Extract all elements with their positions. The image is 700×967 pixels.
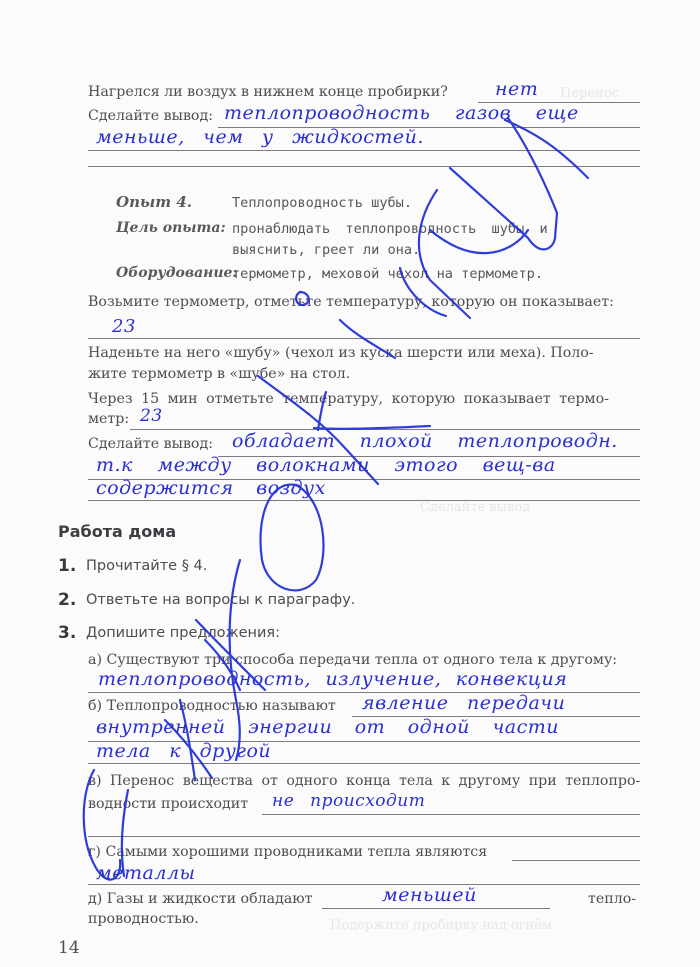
- answer-line: [88, 166, 640, 167]
- answer-line: [88, 150, 640, 151]
- answer-line: [88, 338, 640, 339]
- sentence-g: г) Самыми хорошими проводниками тепла яв…: [88, 844, 487, 860]
- question-text: Нагрелся ли воздух в нижнем конце пробир…: [88, 84, 448, 100]
- instruction-text: Наденьте на него «шубу» (чехол из куска …: [88, 345, 594, 361]
- instruction-text: Через 15 мин отметьте температуру, котор…: [88, 391, 609, 407]
- goal-text: пронаблюдать теплопроводность шубы и: [232, 221, 548, 237]
- equipment-text: термометр, меховой чехол на термометр.: [232, 266, 543, 282]
- item-number: 2.: [58, 590, 76, 610]
- handwritten-answer[interactable]: меньшей: [382, 884, 477, 906]
- handwritten-answer[interactable]: не происходит: [272, 791, 425, 811]
- item-number: 3.: [58, 623, 76, 643]
- goal-text: выяснить, греет ли она.: [232, 242, 420, 258]
- goal-label: Цель опыта:: [116, 220, 226, 236]
- answer-line: [512, 860, 640, 861]
- section-heading: Работа дома: [58, 522, 176, 541]
- handwritten-answer[interactable]: т.к между волокнами этого вещ-ва: [96, 454, 556, 476]
- bleed-through-text: Перенос: [560, 86, 619, 101]
- answer-line: [322, 908, 550, 909]
- homework-item: Допишите предложения:: [86, 625, 280, 641]
- experiment-title: Теплопроводность шубы.: [232, 195, 412, 211]
- handwritten-answer[interactable]: тела к другой: [96, 740, 271, 762]
- instruction-text: Возьмите термометр, отметьте температуру…: [88, 294, 614, 310]
- workbook-page: Перенос Сделайте вывод Подержите пробирк…: [0, 0, 700, 967]
- bleed-through-text: Подержите пробирку над огнём: [330, 918, 552, 933]
- bleed-through-text: Сделайте вывод: [420, 500, 530, 515]
- conclusion-label: Сделайте вывод:: [88, 436, 213, 452]
- handwritten-answer[interactable]: 23: [140, 406, 163, 426]
- handwritten-answer[interactable]: содержится воздух: [96, 477, 326, 499]
- handwritten-answer[interactable]: теплопроводность, излучение, конвекция: [98, 668, 567, 690]
- handwritten-answer[interactable]: меньше, чем у жидкостей.: [96, 126, 424, 148]
- instruction-text: метр:: [88, 411, 129, 427]
- sentence-v: водности происходит: [88, 796, 248, 812]
- homework-item: Прочитайте § 4.: [86, 558, 207, 574]
- answer-line: [88, 763, 640, 764]
- handwritten-answer[interactable]: внутренней энергии от одной части: [96, 716, 559, 738]
- sentence-v: в) Перенос вещества от одного конца тела…: [88, 773, 640, 789]
- sentence-a: а) Существуют три способа передачи тепла…: [88, 652, 617, 668]
- answer-line: [262, 814, 640, 815]
- handwritten-answer[interactable]: обладает плохой теплопроводн.: [232, 430, 618, 452]
- conclusion-label: Сделайте вывод:: [88, 108, 213, 124]
- homework-item: Ответьте на вопросы к параграфу.: [86, 592, 355, 608]
- handwritten-answer[interactable]: теплопроводность газов еще: [224, 102, 579, 124]
- handwritten-answer[interactable]: 23: [112, 316, 136, 337]
- sentence-b: б) Теплопроводностью называют: [88, 698, 336, 714]
- sentence-d: проводностью.: [88, 911, 199, 927]
- handwritten-answer[interactable]: нет: [495, 78, 538, 100]
- page-number: 14: [58, 938, 80, 958]
- answer-line: [88, 500, 640, 501]
- equipment-label: Оборудование:: [116, 265, 238, 281]
- handwritten-answer[interactable]: металлы: [96, 862, 196, 884]
- item-number: 1.: [58, 556, 76, 576]
- instruction-text: жите термометр в «шубе» на стол.: [88, 366, 350, 382]
- answer-line: [88, 836, 640, 837]
- sentence-d: д) Газы и жидкости обладают: [88, 891, 313, 907]
- experiment-label: Опыт 4.: [116, 193, 192, 211]
- answer-line: [88, 884, 640, 885]
- handwritten-answer[interactable]: явление передачи: [362, 692, 565, 714]
- sentence-d-continuation: тепло-: [588, 891, 636, 907]
